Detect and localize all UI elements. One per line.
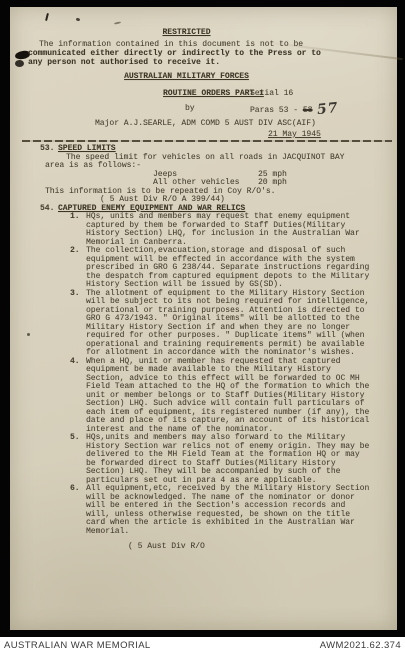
closing-reference: ( 5 Aust Div R/O bbox=[128, 543, 390, 552]
by-label: by bbox=[185, 105, 195, 114]
ink-blot bbox=[15, 60, 24, 67]
paper-speck bbox=[27, 333, 30, 336]
organisation-title: AUSTRALIAN MILITARY FORCES bbox=[124, 72, 249, 81]
sub-paragraph: 4. When a HQ, unit or member has request… bbox=[70, 358, 390, 435]
paras-handwritten-value: 57 bbox=[317, 104, 339, 115]
sub-paragraph: 5. HQs,units and members may also forwar… bbox=[70, 434, 390, 485]
speed-limit-intro: The speed limit for vehicles on all road… bbox=[45, 154, 345, 171]
security-note-line: communicated either directly or indirect… bbox=[28, 49, 321, 58]
classification-stamp: RESTRICTED bbox=[162, 28, 210, 37]
section-number: 54. bbox=[40, 205, 58, 214]
security-note-line: any person not authorised to receive it. bbox=[28, 58, 321, 67]
security-note-line: The information contained in this docume… bbox=[28, 40, 321, 49]
archive-item-id: AWM2021.62.374 bbox=[320, 640, 401, 651]
sub-paragraph: 2. The collection,evacuation,storage and… bbox=[70, 247, 390, 290]
security-note: The information contained in this docume… bbox=[28, 40, 321, 68]
sub-paragraph-number: 6. bbox=[70, 485, 86, 536]
section-number: 53. bbox=[40, 145, 58, 154]
archive-footer: AUSTRALIAN WAR MEMORIAL AWM2021.62.374 bbox=[0, 637, 405, 653]
sub-paragraph-number: 4. bbox=[70, 358, 86, 435]
sub-paragraph-text: HQs,units and members may also forward t… bbox=[86, 434, 372, 485]
paras-range: Paras 53 - 58 57 bbox=[250, 104, 339, 116]
sub-paragraph-number: 1. bbox=[70, 213, 86, 247]
section-title: SPEED LIMITS bbox=[58, 144, 116, 153]
sub-paragraph-number: 5. bbox=[70, 434, 86, 485]
sub-paragraph-text: All equipment,etc, received by the Milit… bbox=[86, 485, 372, 536]
sub-paragraph: 6. All equipment,etc, received by the Mi… bbox=[70, 485, 390, 536]
paras-prefix: Paras 53 - bbox=[250, 106, 298, 115]
sub-paragraph-text: The collection,evacuation,storage and di… bbox=[86, 247, 372, 290]
header-rule bbox=[22, 140, 392, 142]
serial-number: Serial 16 bbox=[250, 90, 293, 99]
sub-paragraph: 3. The allotment of equipment to the Mil… bbox=[70, 290, 390, 358]
sub-paragraph-number: 3. bbox=[70, 290, 86, 358]
scanned-document-view: RESTRICTED The information contained in … bbox=[0, 0, 405, 653]
sub-paragraph-number: 2. bbox=[70, 247, 86, 290]
sub-paragraph-text: The allotment of equipment to the Milita… bbox=[86, 290, 372, 358]
sub-paragraph: 1. HQs, units and members may request th… bbox=[70, 213, 390, 247]
issuing-officer: Major A.J.SEARLE, ADM COMD 5 AUST DIV AS… bbox=[95, 120, 316, 129]
sub-paragraph-text: When a HQ, unit or member has requested … bbox=[86, 358, 372, 435]
document-date: 21 May 1945 bbox=[268, 131, 321, 140]
document-title: ROUTINE ORDERS PART 1 bbox=[163, 90, 264, 99]
paper-speck bbox=[114, 21, 121, 24]
paper-speck bbox=[76, 17, 81, 21]
sub-paragraph-text: HQs, units and members may request that … bbox=[86, 213, 372, 247]
orders-body: 53.SPEED LIMITS The speed limit for vehi… bbox=[40, 145, 390, 552]
archive-name: AUSTRALIAN WAR MEMORIAL bbox=[4, 640, 151, 651]
paras-struck-value: 58 bbox=[303, 106, 313, 115]
document-page: RESTRICTED The information contained in … bbox=[10, 7, 397, 630]
ink-mark bbox=[45, 13, 49, 21]
